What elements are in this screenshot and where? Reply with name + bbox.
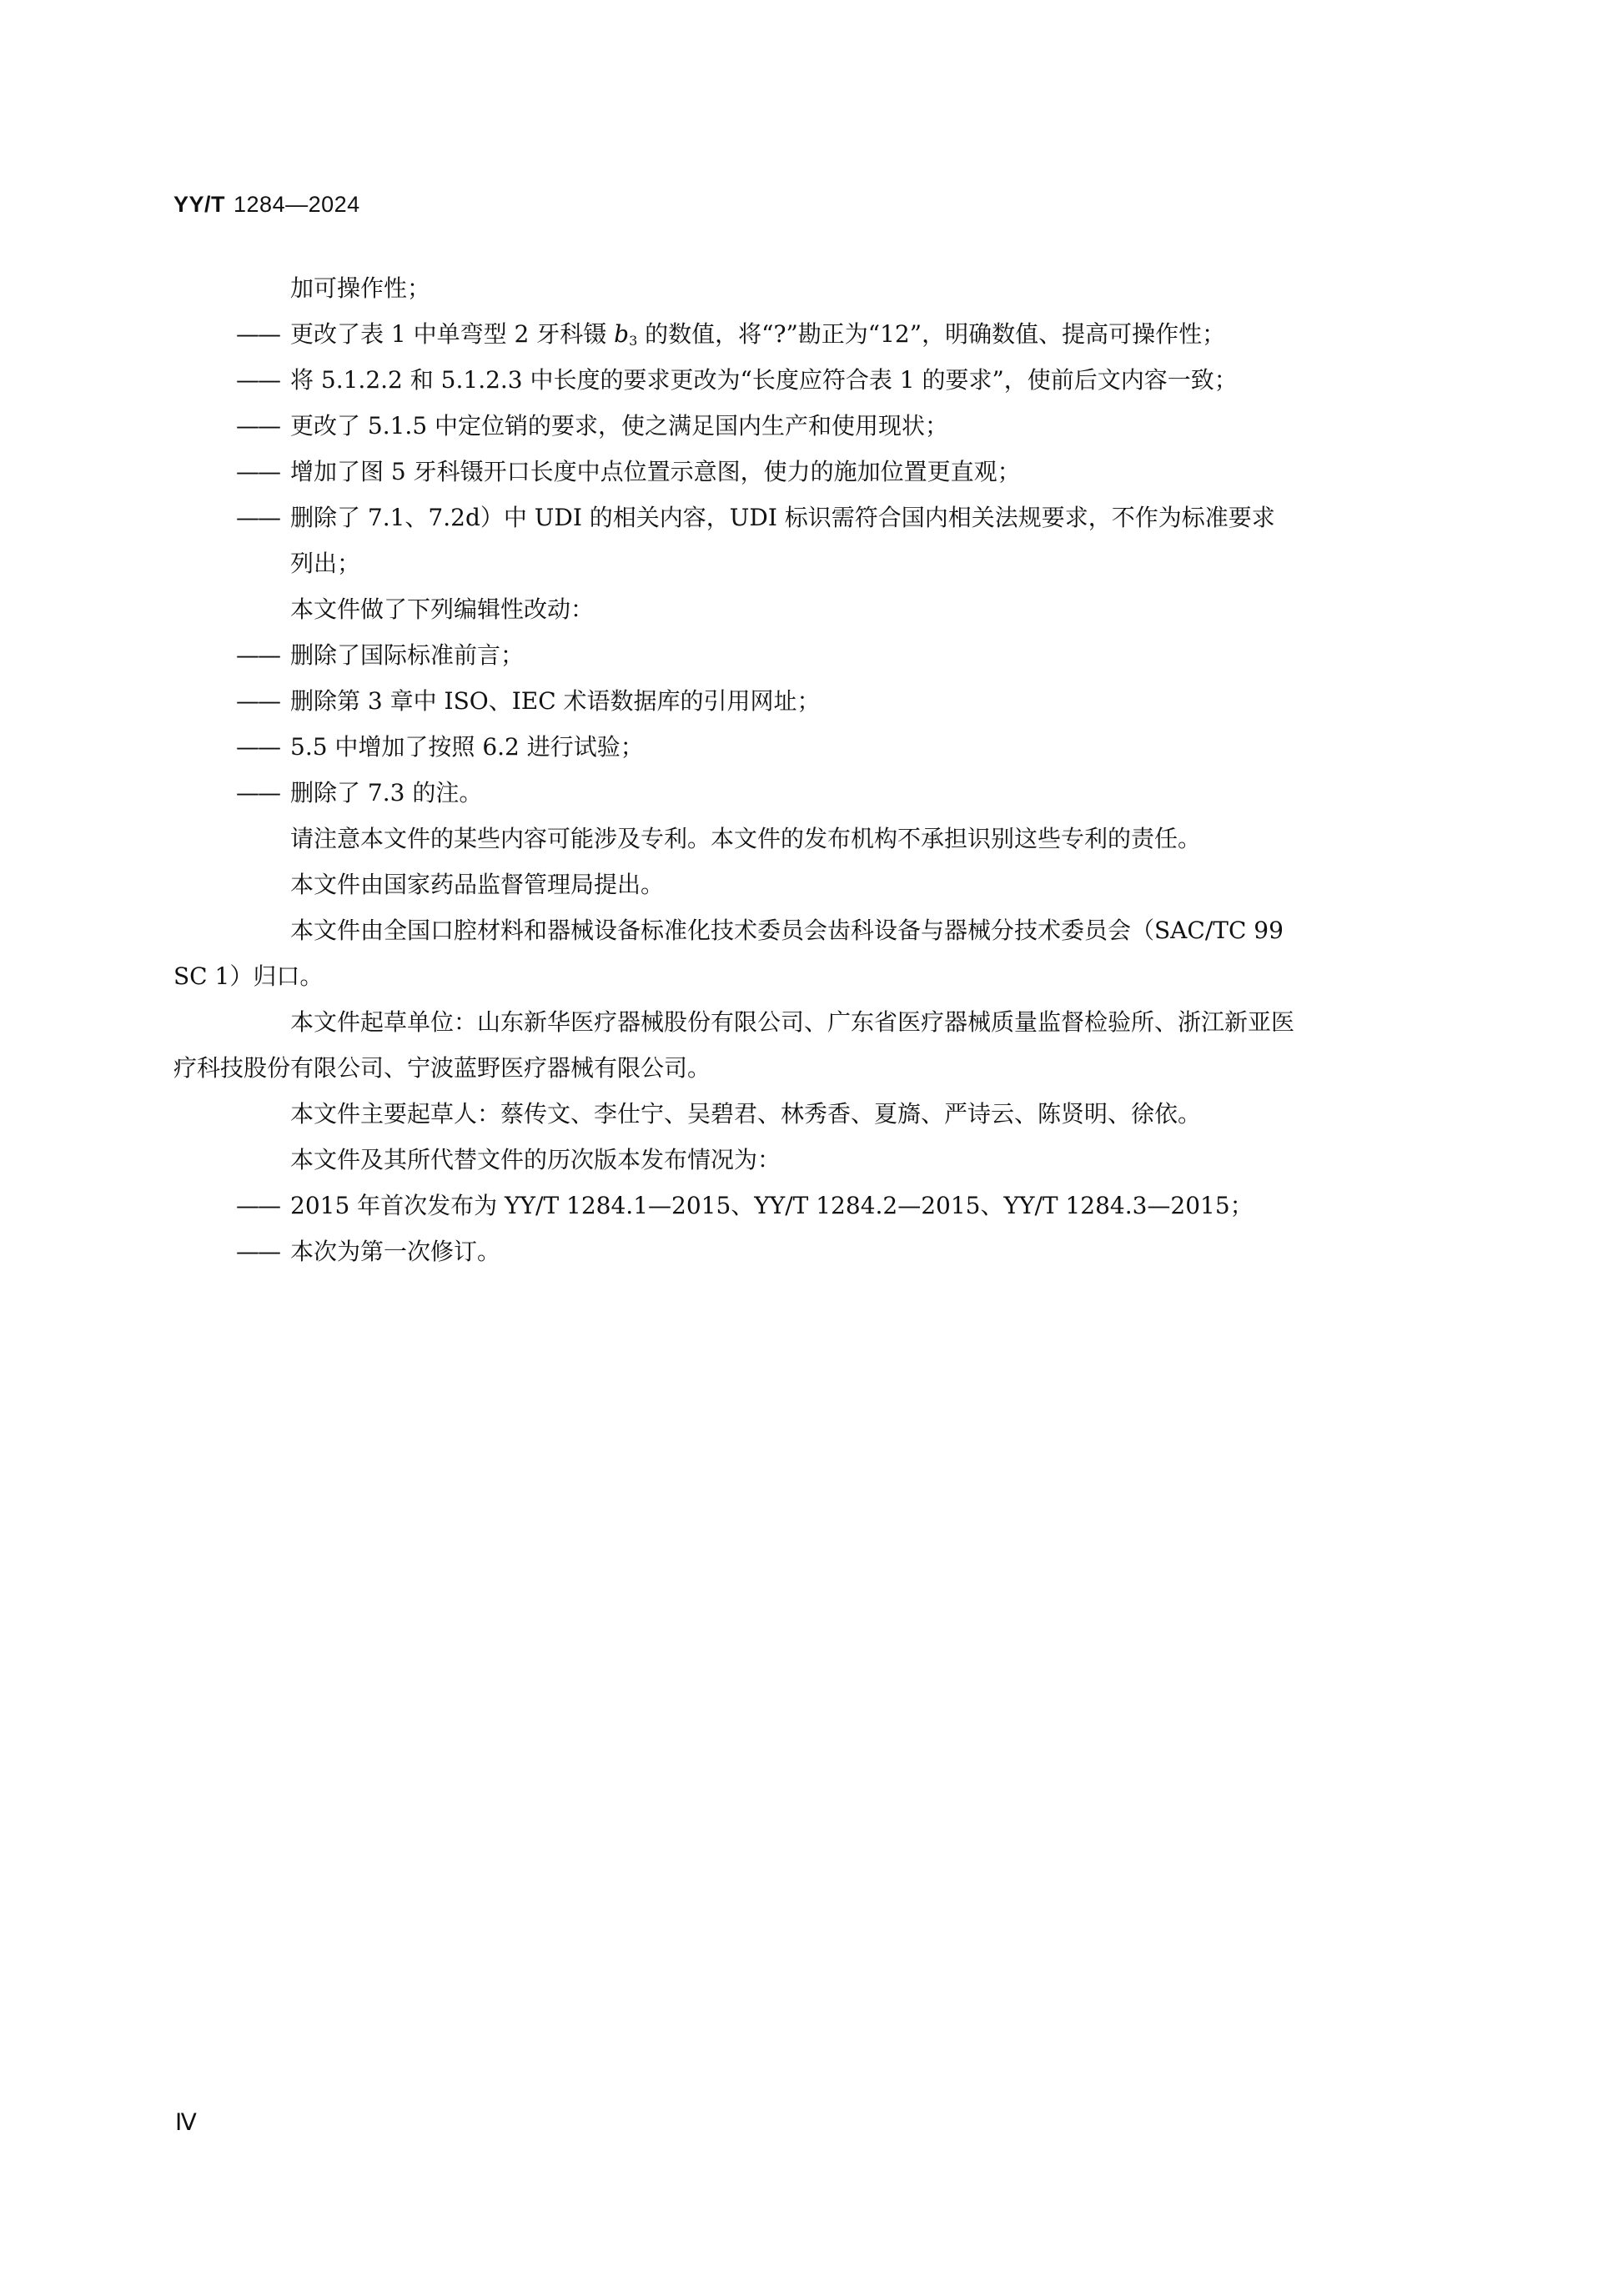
variable-b: b bbox=[614, 320, 629, 348]
dash-marker: —— bbox=[236, 770, 290, 816]
dash-marker: —— bbox=[236, 678, 290, 724]
paragraph-committee-cont: SC 1）归口。 bbox=[173, 953, 1450, 999]
dash-marker: —— bbox=[236, 403, 290, 449]
dash-marker: —— bbox=[236, 495, 290, 540]
list-item: ——本次为第一次修订。 bbox=[173, 1228, 1450, 1274]
subscript: 3 bbox=[629, 333, 637, 349]
dash-marker: —— bbox=[236, 357, 290, 403]
paragraph-drafting-units: 本文件起草单位：山东新华医疗器械股份有限公司、广东省医疗器械质量监督检验所、浙江… bbox=[173, 999, 1450, 1045]
list-item: ——删除了 7.1、7.2d）中 UDI 的相关内容，UDI 标识需符合国内相关… bbox=[173, 495, 1450, 540]
list-item: ——2015 年首次发布为 YY/T 1284.1—2015、YY/T 1284… bbox=[173, 1183, 1450, 1228]
document-code: YY/T1284—2024 bbox=[173, 192, 360, 218]
paragraph-drafters: 本文件主要起草人：蔡传文、李仕宁、吴碧君、林秀香、夏旖、严诗云、陈贤明、徐依。 bbox=[173, 1091, 1450, 1137]
list-item: ——将 5.1.2.2 和 5.1.2.3 中长度的要求更改为“长度应符合表 1… bbox=[173, 357, 1450, 403]
standard-number: 1284—2024 bbox=[234, 192, 360, 217]
paragraph-proposer: 本文件由国家药品监督管理局提出。 bbox=[173, 862, 1450, 907]
dash-marker: —— bbox=[236, 724, 290, 770]
dash-marker: —— bbox=[236, 311, 290, 357]
dash-marker: —— bbox=[236, 632, 290, 678]
list-item: ——增加了图 5 牙科镊开口长度中点位置示意图，使力的施加位置更直观； bbox=[173, 449, 1450, 495]
paragraph-drafting-units-cont: 疗科技股份有限公司、宁波蓝野医疗器械有限公司。 bbox=[173, 1045, 1450, 1091]
paragraph: 本文件做了下列编辑性改动： bbox=[173, 586, 1450, 632]
list-item: ——更改了 5.1.5 中定位销的要求，使之满足国内生产和使用现状； bbox=[173, 403, 1450, 449]
document-body: 加可操作性； ——更改了表 1 中单弯型 2 牙科镊 b3 的数值，将“?”勘正… bbox=[173, 265, 1450, 1274]
list-item: ——删除了国际标准前言； bbox=[173, 632, 1450, 678]
page-number: Ⅳ bbox=[175, 2108, 197, 2137]
dash-marker: —— bbox=[236, 1228, 290, 1274]
list-item: ——更改了表 1 中单弯型 2 牙科镊 b3 的数值，将“?”勘正为“12”，明… bbox=[173, 311, 1450, 357]
paragraph-history: 本文件及其所代替文件的历次版本发布情况为： bbox=[173, 1137, 1450, 1183]
list-item: ——删除第 3 章中 ISO、IEC 术语数据库的引用网址； bbox=[173, 678, 1450, 724]
paragraph-patent-notice: 请注意本文件的某些内容可能涉及专利。本文件的发布机构不承担识别这些专利的责任。 bbox=[173, 816, 1450, 862]
dash-marker: —— bbox=[236, 449, 290, 495]
list-item: ——删除了 7.3 的注。 bbox=[173, 770, 1450, 816]
continuation-line: 列出； bbox=[173, 540, 1450, 586]
paragraph-committee: 本文件由全国口腔材料和器械设备标准化技术委员会齿科设备与器械分技术委员会（SAC… bbox=[173, 907, 1450, 953]
continuation-line: 加可操作性； bbox=[173, 265, 1450, 311]
list-item: ——5.5 中增加了按照 6.2 进行试验； bbox=[173, 724, 1450, 770]
dash-marker: —— bbox=[236, 1183, 290, 1228]
standard-prefix: YY/T bbox=[173, 192, 225, 217]
